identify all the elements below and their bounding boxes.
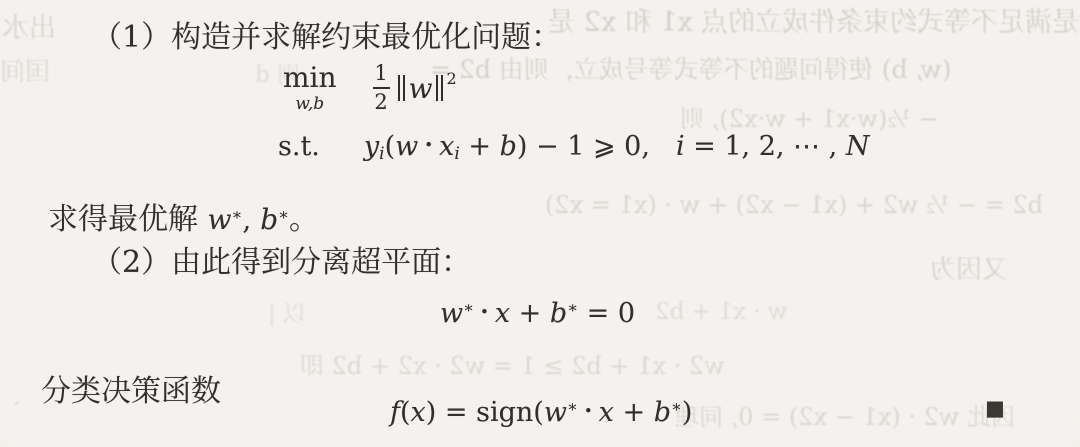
math-token: + <box>614 397 654 428</box>
bleedthrough-text: 是满足不等式约束条件成立的点 x1 和 x2 是 <box>548 8 1079 38</box>
bleedthrough-text: w2 · x1 + b2 ≥ 1 = w2 · x2 + b2 即 <box>300 353 725 379</box>
math-token: 。 <box>289 202 319 237</box>
math-token: ∗ <box>463 298 474 317</box>
math-token: • <box>418 136 439 154</box>
math-token: + <box>510 298 550 329</box>
bleedthrough-text: 出水 <box>2 14 56 44</box>
step1-heading: （1）构造并求解约束最优化问题： <box>92 12 561 56</box>
math-token: w <box>440 298 463 329</box>
math-token: b <box>550 298 567 329</box>
math-token: ) <box>682 397 693 428</box>
math-token: b <box>654 397 671 428</box>
bleedthrough-text: 因此 w2 · (x1 − x2) = 0, 同理 <box>675 404 1015 430</box>
fraction-bar <box>373 87 390 89</box>
bleedthrough-text: 又因为 <box>930 256 1008 285</box>
fraction-denominator: 2 <box>374 92 387 113</box>
math-token: i <box>676 131 685 162</box>
math-token: f <box>390 397 400 428</box>
min-operator: min w,b <box>283 64 337 113</box>
qed-marker: ■ <box>985 398 1005 419</box>
math-token: ) − 1 ⩾ 0, <box>517 131 650 162</box>
norm-bar <box>403 75 405 101</box>
bleedthrough-text: 、 <box>6 394 19 408</box>
min-word: min <box>283 64 337 92</box>
solve-result-line: 求得最优解 w∗, b∗。 <box>48 194 319 238</box>
step2-heading: （2）由此得到分离超平面： <box>92 237 471 281</box>
formula-decision-function: f(x) = sign(w∗•x + b∗) <box>390 397 692 428</box>
bleedthrough-text: w · x1 + b2 <box>655 300 787 325</box>
math-token: , <box>242 203 260 236</box>
math-token: ∗ <box>232 205 243 224</box>
norm-exponent: 2 <box>447 69 457 88</box>
math-token: x <box>495 298 510 329</box>
math-token: 求得最优解 <box>48 202 208 237</box>
formula-min-objective: min w,b 1 2 w 2 <box>283 57 457 119</box>
formula-hyperplane: w∗•x + b∗ = 0 <box>440 298 635 329</box>
math-token: w <box>208 203 232 236</box>
norm-variable: w <box>409 72 433 105</box>
bleedthrough-text: b2 = − ½ w2 + (x1 − x2) + w · (x1 = x2) <box>545 192 1043 218</box>
norm-bar <box>398 75 400 101</box>
norm-bar <box>436 75 438 101</box>
norm-bar <box>441 75 443 101</box>
math-token: ∗ <box>671 397 682 416</box>
bleedthrough-text: − ½(w·x1 + w·x2), 则 <box>680 106 938 132</box>
math-token: ) = sign( <box>426 397 544 428</box>
formula-constraint: s.t.yi(w•xi + b) − 1 ⩾ 0,i = 1, 2, ⋯ , N <box>278 131 869 164</box>
fraction-one-half: 1 2 <box>373 63 390 113</box>
math-token: s.t. <box>278 131 320 162</box>
fraction-numerator: 1 <box>374 63 387 84</box>
math-token: • <box>578 402 599 420</box>
math-token: b <box>260 203 278 236</box>
bleedthrough-text: 国间 <box>0 58 50 86</box>
norm-of-w: w <box>397 72 445 105</box>
math-token: x <box>411 397 426 428</box>
math-token: w <box>544 397 567 428</box>
math-token: ∗ <box>278 205 289 224</box>
decision-function-label: 分类决策函数 <box>41 366 221 410</box>
math-token: ∗ <box>567 298 578 317</box>
bleedthrough-text: 以 | <box>268 302 306 327</box>
bleedthrough-text: (w, b) 使得问题的不等式等号成立，则由 b2 = <box>430 56 952 84</box>
math-token: w <box>395 131 418 162</box>
math-token: y <box>364 131 379 162</box>
math-token: x <box>599 397 614 428</box>
math-token: = 0 <box>578 298 635 329</box>
math-token: x <box>439 131 454 162</box>
scanned-book-page: 出水国间是满足不等式约束条件成立的点 x1 和 x2 是(w, b) 使得问题的… <box>0 0 1080 447</box>
math-token: ∗ <box>567 397 578 416</box>
min-subscript: w,b <box>295 96 324 113</box>
math-token: N <box>846 131 870 162</box>
math-token: = 1, 2, ⋯ , <box>685 131 846 162</box>
math-token: ( <box>400 397 411 428</box>
math-token: • <box>474 303 495 321</box>
math-token: ( <box>385 131 396 162</box>
math-token: b <box>500 131 517 162</box>
math-token: + <box>460 131 500 162</box>
